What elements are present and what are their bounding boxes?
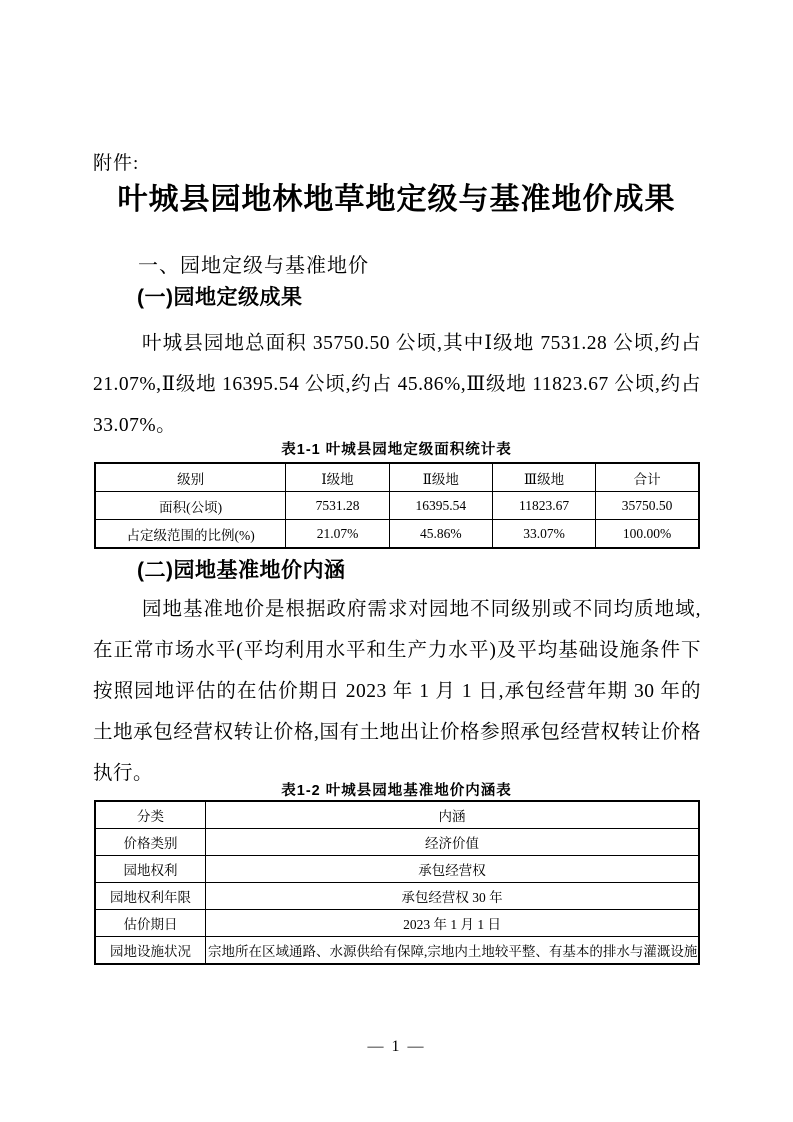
value-cell: 21.07% <box>286 520 389 549</box>
header-cell: 合计 <box>596 463 699 492</box>
value-cell: 2023 年 1 月 1 日 <box>206 910 699 937</box>
paragraph-grading-results: 叶城县园地总面积 35750.50 公顷,其中Ⅰ级地 7531.28 公顷,约占… <box>93 323 701 446</box>
header-cell: Ⅰ级地 <box>286 463 389 492</box>
subsection-heading-grading-results: (一)园地定级成果 <box>93 281 700 311</box>
table-row: 估价期日 2023 年 1 月 1 日 <box>95 910 699 937</box>
value-cell: 7531.28 <box>286 492 389 520</box>
value-cell: 100.00% <box>596 520 699 549</box>
table-caption-area-stats: 表1-1 叶城县园地定级面积统计表 <box>93 438 700 459</box>
subsection-heading-price-connotation: (二)园地基准地价内涵 <box>93 554 700 584</box>
table-row: 分类 内涵 <box>95 801 699 829</box>
attachment-label: 附件: <box>93 148 139 175</box>
document-title: 叶城县园地林地草地定级与基准地价成果 <box>93 174 700 218</box>
header-cell: Ⅲ级地 <box>492 463 595 492</box>
row-label-cell: 园地设施状况 <box>95 937 206 965</box>
value-cell: 承包经营权 <box>206 856 699 883</box>
value-cell: 16395.54 <box>389 492 492 520</box>
table-row: 园地权利 承包经营权 <box>95 856 699 883</box>
price-connotation-table: 分类 内涵 价格类别 经济价值 园地权利 承包经营权 园地权利年限 承包经营权 … <box>94 800 700 965</box>
table-row-area: 面积(公顷) 7531.28 16395.54 11823.67 35750.5… <box>95 492 699 520</box>
value-cell: 35750.50 <box>596 492 699 520</box>
header-cell: Ⅱ级地 <box>389 463 492 492</box>
row-label-cell: 占定级范围的比例(%) <box>95 520 286 549</box>
value-cell: 承包经营权 30 年 <box>206 883 699 910</box>
row-label-cell: 园地权利 <box>95 856 206 883</box>
page-number-footer: — 1 — <box>0 1038 793 1056</box>
section-heading-1: 一、园地定级与基准地价 <box>93 249 700 278</box>
document-page: 附件: 叶城县园地林地草地定级与基准地价成果 一、园地定级与基准地价 (一)园地… <box>0 0 793 1122</box>
value-cell: 内涵 <box>206 801 699 829</box>
area-stats-table: 级别 Ⅰ级地 Ⅱ级地 Ⅲ级地 合计 面积(公顷) 7531.28 16395.5… <box>94 462 700 549</box>
value-cell: 宗地所在区域通路、水源供给有保障,宗地内土地较平整、有基本的排水与灌溉设施 <box>206 937 699 965</box>
table-row: 园地设施状况 宗地所在区域通路、水源供给有保障,宗地内土地较平整、有基本的排水与… <box>95 937 699 965</box>
row-label-cell: 分类 <box>95 801 206 829</box>
value-cell: 经济价值 <box>206 829 699 856</box>
header-cell: 级别 <box>95 463 286 492</box>
value-cell: 45.86% <box>389 520 492 549</box>
value-cell: 11823.67 <box>492 492 595 520</box>
row-label-cell: 估价期日 <box>95 910 206 937</box>
table-row: 园地权利年限 承包经营权 30 年 <box>95 883 699 910</box>
row-label-cell: 价格类别 <box>95 829 206 856</box>
row-label-cell: 园地权利年限 <box>95 883 206 910</box>
table-row-proportion: 占定级范围的比例(%) 21.07% 45.86% 33.07% 100.00% <box>95 520 699 549</box>
paragraph-price-connotation: 园地基准地价是根据政府需求对园地不同级别或不同均质地域,在正常市场水平(平均利用… <box>93 589 701 794</box>
row-label-cell: 面积(公顷) <box>95 492 286 520</box>
table-row: 价格类别 经济价值 <box>95 829 699 856</box>
value-cell: 33.07% <box>492 520 595 549</box>
table-caption-price-connotation: 表1-2 叶城县园地基准地价内涵表 <box>93 779 700 800</box>
table-header-row: 级别 Ⅰ级地 Ⅱ级地 Ⅲ级地 合计 <box>95 463 699 492</box>
